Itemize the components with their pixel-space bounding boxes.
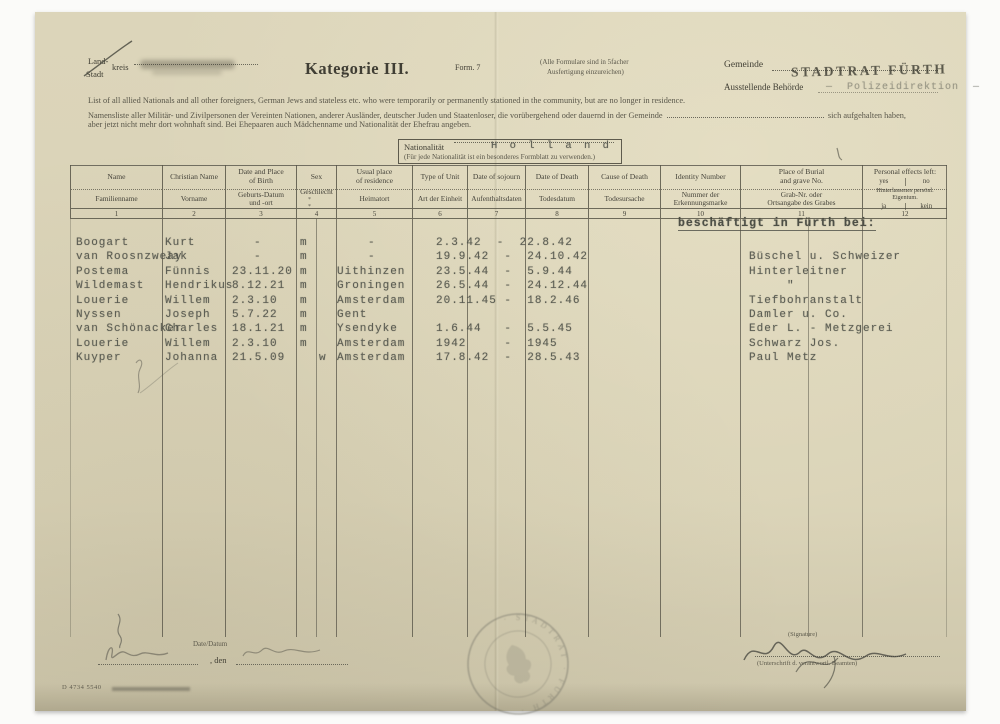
typed-beschaeftigt-bei: " <box>787 280 795 292</box>
intro-german-line2: aber jetzt nicht mehr dort wohnhaft sind… <box>88 120 471 129</box>
col-header-num-11: 11 <box>740 208 862 219</box>
typed-beschaeftigt-bei: Hinterleitner <box>749 266 848 278</box>
pen-flourish-bottom-left <box>108 612 132 650</box>
typed-geburtsdatum: - <box>254 251 262 263</box>
col-header-en-9: Cause of Death <box>588 165 660 190</box>
intro-german-line: Namensliste aller Militär- und Zivilpers… <box>88 108 906 120</box>
typed-aufenthaltsdaten: 2.3.42 - 22.8.42 <box>436 237 573 249</box>
typed-geschlecht: m <box>300 309 308 321</box>
typed-aufenthaltsdaten: 26.5.44 - 24.12.44 <box>436 280 588 292</box>
nationality-note: (Für jede Nationalität ist ein besondere… <box>404 153 595 161</box>
typed-familienname: Boogart <box>76 237 129 249</box>
printer-imprint: D 4734 5540 <box>62 684 101 691</box>
table-body-vline <box>740 219 741 637</box>
typed-geschlecht: m <box>300 323 308 335</box>
col-header-num-5: 5 <box>336 208 412 219</box>
col-header-en-7: Date of sojourn <box>467 165 525 190</box>
typed-aufenthaltsdaten: 1.6.44 - 5.5.45 <box>436 323 573 335</box>
col-header-num-4: 4 <box>296 208 336 219</box>
typed-geschlecht: w <box>319 352 327 364</box>
col-header-de-3: Geburts-Datum und -ort <box>225 190 296 208</box>
behoerde-entry-line <box>818 92 938 93</box>
col12-en-subrow: yesno <box>863 178 947 186</box>
typed-vorname: Johanna <box>165 352 218 364</box>
typed-familienname: Postema <box>76 266 129 278</box>
typed-beschaeftigt-bei: Damler u. Co. <box>749 309 848 321</box>
typed-geschlecht: m <box>300 251 308 263</box>
typed-beschaeftigt-bei: Schwarz Jos. <box>749 338 840 350</box>
typed-geburtsdatum: 5.7.22 <box>232 309 278 321</box>
col-header-en-3: Date and Place of Birth <box>225 165 296 190</box>
form-title: Kategorie III. <box>305 59 409 79</box>
col-header-num-2: 2 <box>162 208 225 219</box>
table-border-right-header <box>946 165 947 219</box>
col-header-num-7: 7 <box>467 208 525 219</box>
copies-note-line2: Ausfertigung einzureichen) <box>547 68 624 76</box>
col12-de-label: Hinterlassenes persönl. Eigentum. <box>863 188 947 202</box>
nationality-box: Nationalität H o l l a n d (Für jede Nat… <box>398 139 622 164</box>
typed-beschaeftigt-bei: Tiefbohranstalt <box>749 295 863 307</box>
typed-heimatort: Ysendyke <box>337 323 398 335</box>
behoerde-label: Ausstellende Behörde <box>724 82 803 92</box>
col-header-de-12: Hinterlassenes persönl. Eigentum.jakein <box>862 190 947 208</box>
col-header-de-7: Aufenthaltsdaten <box>467 190 525 208</box>
typed-heimatort: Amsterdam <box>337 352 405 364</box>
pen-tick-mark <box>833 146 847 162</box>
table-body-vline <box>588 219 589 637</box>
typed-aufenthaltsdaten: 17.8.42 - 28.5.43 <box>436 352 580 364</box>
col12-no-label: no <box>905 178 948 186</box>
typed-geschlecht: m <box>300 237 308 249</box>
col-header-num-9: 9 <box>588 208 660 219</box>
typed-geburtsdatum: 2.3.10 <box>232 338 278 350</box>
typed-geburtsdatum: 2.3.10 <box>232 295 278 307</box>
pen-crossout-stroke <box>78 36 148 81</box>
typed-geburtsdatum: 8.12.21 <box>232 280 285 292</box>
typed-heimatort: Amsterdam <box>337 338 405 350</box>
typed-familienname: Louerie <box>76 338 129 350</box>
handwritten-place-and-date <box>98 640 348 670</box>
col-header-de-4: Geschlecht* * <box>296 190 336 208</box>
table-body-vline <box>296 219 297 637</box>
typed-vorname: Willem <box>165 338 211 350</box>
col-header-num-12: 12 <box>862 208 947 219</box>
col12-en-label: Personal effects left: <box>874 168 936 177</box>
typed-heimatort: Groningen <box>337 280 405 292</box>
col-header-de-8: Todesdatum <box>525 190 588 208</box>
copies-note-line1: (Alle Formulare sind in 5facher <box>540 58 629 66</box>
col-header-en-5: Usual place of residence <box>336 165 412 190</box>
typed-familienname: Louerie <box>76 295 129 307</box>
nationality-value: H o l l a n d <box>491 140 612 152</box>
col-header-en-6: Type of Unit <box>412 165 467 190</box>
gemeinde-stamp-text: STADTRAT FÜRTH <box>791 61 948 80</box>
kreis-entry-smudge-2 <box>152 70 222 75</box>
typed-heimatort: Gent <box>337 309 367 321</box>
typed-beschaeftigt-bei: Paul Metz <box>749 352 817 364</box>
typed-geschlecht: m <box>300 280 308 292</box>
typed-vorname: Jak <box>165 251 188 263</box>
col-header-num-3: 3 <box>225 208 296 219</box>
scanned-form-page: Land- Stadt kreis Kategorie III. Form. 7… <box>0 0 1000 724</box>
table-body-vline <box>946 219 947 637</box>
intro-german-text2: sich aufgehalten haben, <box>828 111 906 120</box>
typed-vorname: Fünnis <box>165 266 211 278</box>
typed-heimatort: - <box>368 237 376 249</box>
table-body-vline <box>70 219 71 637</box>
typed-aufenthaltsdaten: 23.5.44 - 5.9.44 <box>436 266 573 278</box>
table-body-vline <box>808 219 809 637</box>
table-body-vline <box>162 219 163 637</box>
typed-beschaeftigt-bei: Eder L. - Metzgerei <box>749 323 893 335</box>
intro-english: List of all allied Nationals and all oth… <box>88 96 685 105</box>
typed-heimatort: Uithinzen <box>337 266 405 278</box>
col12-yes-label: yes <box>863 178 905 186</box>
nationality-label: Nationalität <box>404 142 444 152</box>
col-header-en-10: Identity Number <box>660 165 740 190</box>
typed-geburtsdatum: - <box>254 237 262 249</box>
col-header-en-2: Christian Name <box>162 165 225 190</box>
typed-beschaeftigt-bei: Büschel u. Schweizer <box>749 251 901 263</box>
printer-imprint-illegible <box>112 687 190 691</box>
signature-scribble <box>738 620 948 690</box>
col-header-de-5: Heimatort <box>336 190 412 208</box>
typed-vorname: Charles <box>165 323 218 335</box>
typed-familienname: Nyssen <box>76 309 122 321</box>
col-header-num-6: 6 <box>412 208 467 219</box>
employment-annotation: beschäftigt in Fürth bei: <box>678 217 876 231</box>
table-body-vline <box>862 219 863 637</box>
typed-familienname: Wildemast <box>76 280 144 292</box>
form-number: Form. 7 <box>455 63 480 72</box>
typed-geschlecht: m <box>300 295 308 307</box>
col-header-de-1: Familienname <box>70 190 162 208</box>
col-header-de-6: Art der Einheit <box>412 190 467 208</box>
typed-vorname: Kurt <box>165 237 195 249</box>
table-top-border <box>70 165 947 166</box>
typed-geburtsdatum: 21.5.09 <box>232 352 285 364</box>
col-header-num-8: 8 <box>525 208 588 219</box>
col-header-de-10: Nummer der Erkennungsmarke <box>660 190 740 208</box>
col-header-num-10: 10 <box>660 208 740 219</box>
typed-vorname: Joseph <box>165 309 211 321</box>
typed-aufenthaltsdaten: 20.11.45 - 18.2.46 <box>436 295 580 307</box>
col-header-num-1: 1 <box>70 208 162 219</box>
kreis-entry-smudge <box>140 60 235 69</box>
col-header-en-11: Place of Burial and grave No. <box>740 165 862 190</box>
gemeinde-label: Gemeinde <box>724 60 763 70</box>
typed-heimatort: Amsterdam <box>337 295 405 307</box>
gemeinde-blank-line <box>667 108 824 118</box>
col-header-de-11: Grab-Nr. oder Ortsangabe des Grabes <box>740 190 862 208</box>
col-header-en-8: Date of Death <box>525 165 588 190</box>
col-header-de-9: Todesursache <box>588 190 660 208</box>
typed-geburtsdatum: 18.1.21 <box>232 323 285 335</box>
typed-aufenthaltsdaten: 1942 - 1945 <box>436 338 558 350</box>
typed-familienname: Kuyper <box>76 352 122 364</box>
table-body-vline <box>660 219 661 637</box>
typed-geschlecht: m <box>300 266 308 278</box>
col-header-en-1: Name <box>70 165 162 190</box>
typed-geschlecht: m <box>300 338 308 350</box>
col-header-de-2: Vorname <box>162 190 225 208</box>
table-body-vline <box>316 219 317 637</box>
typed-heimatort: - <box>368 251 376 263</box>
typed-aufenthaltsdaten: 19.9.42 - 24.10.42 <box>436 251 588 263</box>
typed-vorname: Willem <box>165 295 211 307</box>
table-body-vline <box>412 219 413 637</box>
typed-vorname: Hendrikus <box>165 280 233 292</box>
intro-german-text1: Namensliste aller Militär- und Zivilpers… <box>88 111 663 120</box>
typed-geburtsdatum: 23.11.20 <box>232 266 293 278</box>
